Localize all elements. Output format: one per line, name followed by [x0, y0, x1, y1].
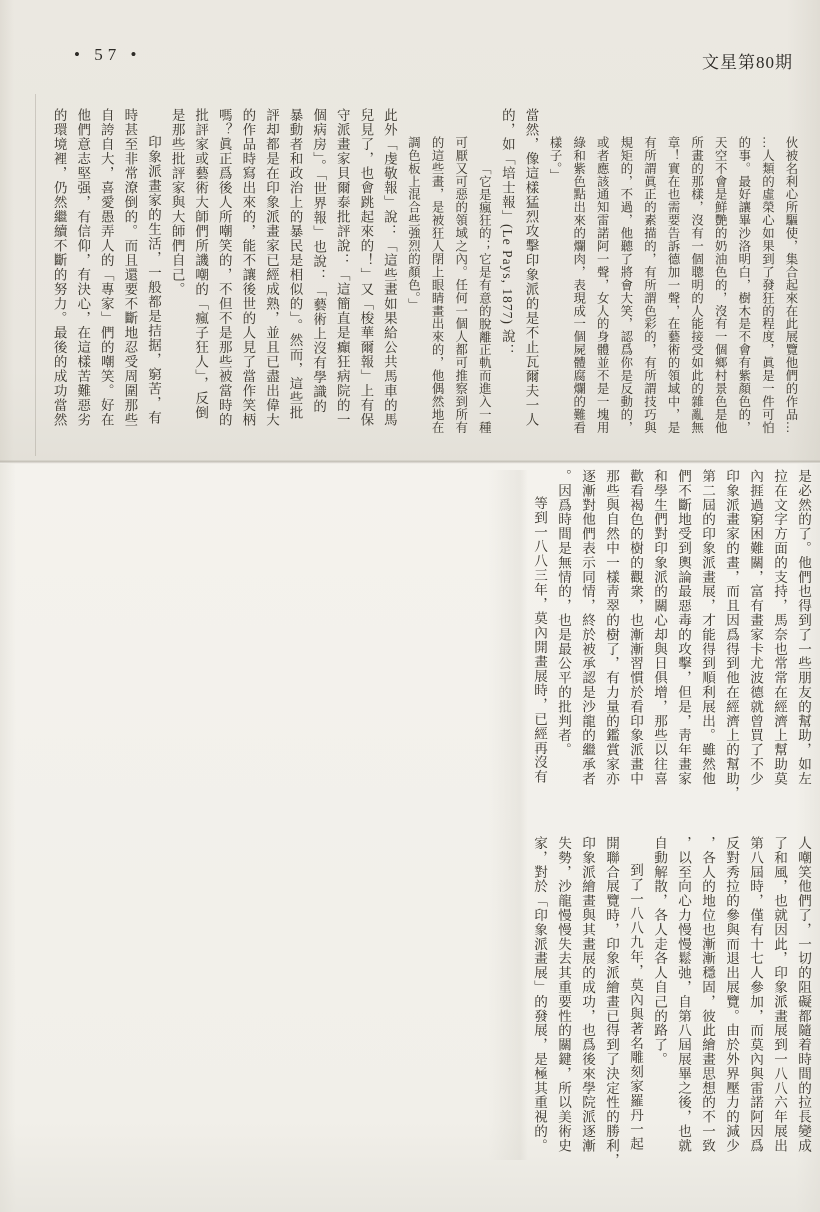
page-edge-shadow: [35, 94, 36, 456]
text-column: 綠和紫色點出來的爛肉，表現成一個屍體腐爛的難看: [566, 108, 590, 434]
text-column: 可厭又可惡的領域之內。任何一個人都可推察到所有: [448, 108, 472, 434]
text-column: 第八屆時，僅有十七人參加，而莫內與雷諾阿因爲: [743, 836, 767, 1174]
text-column: 「它是瘋狂的；它是有意的脫離正軌而進入一種: [472, 108, 496, 434]
issue-title: 文星第80期: [702, 48, 793, 73]
text-column: ，以至向心力慢慢鬆弛，自第八屆展畢之後，也就: [671, 836, 695, 1174]
text-column: 拉在文字方面的支持，馬奈也常常在經濟上幫助莫: [767, 469, 791, 807]
text-column: 印象派畫家的畫，而且因爲得到他在經濟上的幫助，: [719, 469, 743, 807]
text-column: 自誇自大，喜愛愚弄人的「專家」們的嘲笑。好在: [94, 108, 118, 434]
text-column: 規矩的，不過，他聽了將會大笑，認爲你是反動的，: [613, 108, 637, 434]
gutter-shadow: [488, 470, 528, 1160]
text-column: 第二屆的印象派畫展，才能得到順利展出。雖然他: [695, 469, 719, 807]
upper-text-band: 伙被名利心所驅使，集合起來在此展覽他們的作品……人類的虛榮心如果到了發狂的程度，…: [44, 108, 802, 434]
scan-seam-line: [0, 460, 820, 464]
text-column: 有所謂眞正的素描的，有所謂色彩的，有所謂技巧與: [637, 108, 661, 434]
text-column: 伙被名利心所驅使，集合起來在此展覽他們的作品…: [778, 108, 802, 434]
text-column: 那些與自然中一樣靑翠的樹了，有力量的鑑賞家亦: [599, 469, 623, 807]
text-column: 失勢，沙龍慢慢失去其重要性的關鍵，所以美術史: [551, 836, 575, 1174]
text-column: 調色板上混合些強烈的顏色。」: [401, 108, 425, 434]
text-column: 個病房」。「世界報」也說：「藝術上沒有學識的: [307, 108, 331, 434]
text-column: 印象派繪畫與其畫展的成功，也爲後來學院派逐漸: [575, 836, 599, 1174]
text-column: 逐漸對他們表示同情，終於被承認是沙龍的繼承者: [575, 469, 599, 807]
text-column: 樣子。」: [542, 108, 566, 434]
text-column: 批評家或藝術大師們所譏嘲的「瘋子狂人」，反倒: [189, 108, 213, 434]
page-number: • 57 •: [74, 45, 141, 65]
text-column: 或者應該通知雷諾阿一聲，女人的身體並不是一塊用: [590, 108, 614, 434]
text-column: 此外「虔敬報」說：「這些畫如果給公共馬車的馬: [377, 108, 401, 434]
text-column: 們不斷地受到輿論最惡毒的攻擊，但是，靑年畫家: [671, 469, 695, 807]
text-column: 了和風，也就因此，印象派畫展到一八八六年展出: [767, 836, 791, 1174]
text-column: 時甚至非常潦倒的。而且還要不斷地忍受周圍那些: [118, 108, 142, 434]
lower-text-block-1: 是必然的了。他們也得到了一些朋友的幫助，如左拉在文字方面的支持，馬奈也常常在經濟…: [526, 469, 815, 807]
text-column: 的這些畫，是被狂人閉上眼睛畫出來的，他偶然地在: [425, 108, 449, 434]
text-column: ，各人的地位也漸漸穩固，彼此繪畫思想的不一致: [695, 836, 719, 1174]
text-column: 的事。最好讓畢沙洛明白，樹木是不會有紫顏色的，: [731, 108, 755, 434]
text-column: 內捱過窮困難關，富有畫家卡尤波德就曾買了不少: [743, 469, 767, 807]
text-column: 是那些批評家與大師們自己。: [165, 108, 189, 434]
text-column: 天空不會是鮮艷的奶油色的，沒有一個鄉村景色是他: [708, 108, 732, 434]
text-column: 嗎？眞正爲後人所嘲笑的，不但不是那些被當時的: [212, 108, 236, 434]
text-column: 自動解散，各人走各人自己的路了。: [647, 836, 671, 1174]
text-column: 章！實在也需要告訴德加一聲，在藝術的領域中，是: [660, 108, 684, 434]
text-column: 到了一八八九年，莫內與著名雕刻家羅丹一起: [623, 836, 647, 1174]
text-column: 守派畫家貝爾泰批評說：「這簡直是癲狂病院的一: [330, 108, 354, 434]
text-column: 家，對於「印象派畫展」的發展，是極其重視的。: [527, 836, 551, 1174]
text-column: 。因爲時間是無情的，也是最公平的批判者。: [551, 469, 575, 807]
text-column: 所畫的那樣，沒有一個聰明的人能接受如此的雜亂無: [684, 108, 708, 434]
text-column: 兒見了，也會跳起來的！」又「梭華爾報」上有保: [354, 108, 378, 434]
text-column: 反對秀拉的參與而退出展覽。由於外界壓力的減少: [719, 836, 743, 1174]
text-column: 的，如「培士報」(Le Pays, 1877) 說：: [495, 108, 519, 434]
text-column: 是必然的了。他們也得到了一些朋友的幫助，如左: [791, 469, 815, 807]
text-column: 的作品時寫出來的，能不讓後世的人見了當作笑柄: [236, 108, 260, 434]
lower-text-block-2: 人嘲笑他們了，一切的阻礙都隨着時間的拉長變成了和風，也就因此，印象派畫展到一八八…: [526, 836, 815, 1174]
text-column: 他們意志堅强，有信仰，有決心，在這樣苦難惡劣: [71, 108, 95, 434]
text-column: 人嘲笑他們了，一切的阻礙都隨着時間的拉長變成: [791, 836, 815, 1174]
text-column: …人類的虛榮心如果到了發狂的程度，眞是一件可怕: [755, 108, 779, 434]
text-column: 歡看褐色的樹的觀衆，也漸漸習慣於看印象派畫中: [623, 469, 647, 807]
text-column: 的環境裡，仍然繼續不斷的努力。最後的成功當然: [47, 108, 71, 434]
text-column: 暴動者和政治上的暴民是相似的」。然而，這些批: [283, 108, 307, 434]
text-column: 印象派畫家的生活，一般都是拮据，窮苦，有: [141, 108, 165, 434]
text-column: 開聯合展覽時，印象派繪畫已得到了決定性的勝利，: [599, 836, 623, 1174]
text-column: 評却都是在印象派畫家已經成熟，並且已盡出偉大: [259, 108, 283, 434]
text-column: 等到一八八三年，莫內開畫展時，已經再沒有: [527, 469, 551, 807]
text-column: 當然，像這樣猛烈攻擊印象派的是不止瓦爾夫一人: [519, 108, 543, 434]
text-column: 和學生們對印象派的關心却與日俱增，那些以往喜: [647, 469, 671, 807]
